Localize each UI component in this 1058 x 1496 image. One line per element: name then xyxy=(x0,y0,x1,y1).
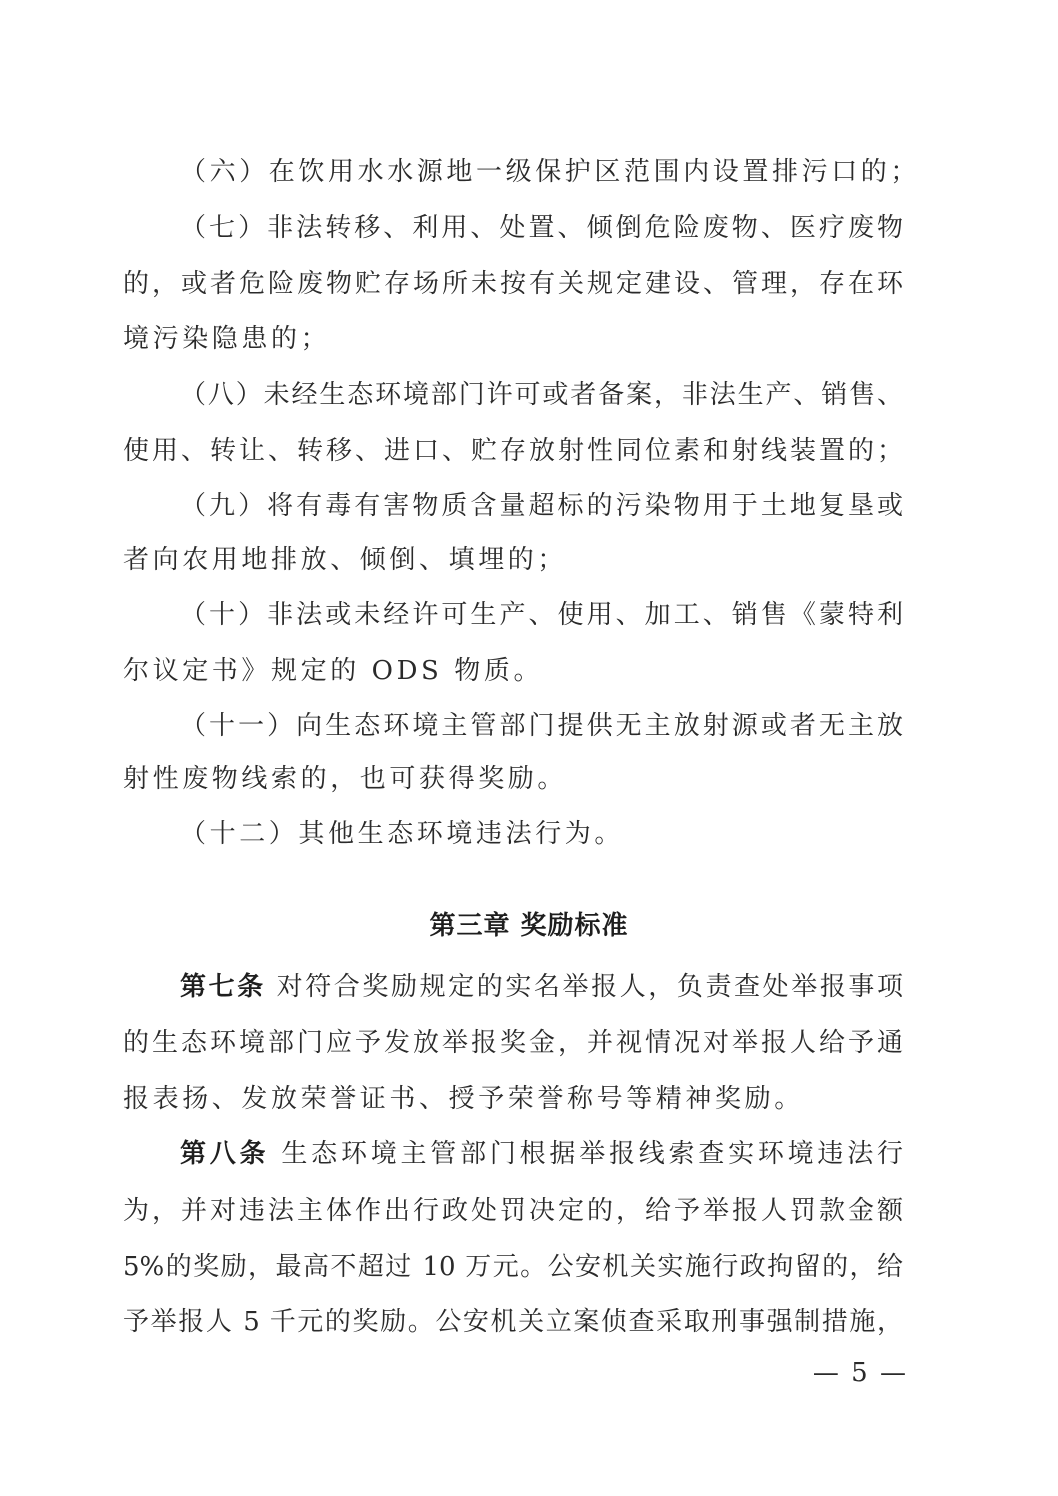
list-item-9-line-2: 者向农用地排放、倾倒、填埋的； xyxy=(123,543,903,577)
list-item-12: （十二）其他生态环境违法行为。 xyxy=(180,817,903,851)
list-item-11-line-2: 射性废物线索的，也可获得奖励。 xyxy=(123,762,903,796)
article-8-label: 第八条 xyxy=(180,1139,269,1169)
list-item-11-line-1: （十一）向生态环境主管部门提供无主放射源或者无主放 xyxy=(180,709,903,743)
list-item-10-line-1: （十）非法或未经许可生产、使用、加工、销售《蒙特利 xyxy=(180,598,903,632)
article-8-line-2: 为，并对违法主体作出行政处罚决定的，给予举报人罚款金额 xyxy=(123,1194,903,1228)
list-item-7-line-2: 的，或者危险废物贮存场所未按有关规定建设、管理，存在环 xyxy=(123,267,903,301)
page-number: — 5 — xyxy=(808,1356,908,1390)
article-8-line-1: 第八条 生态环境主管部门根据举报线索查实环境违法行 xyxy=(180,1137,903,1171)
article-7-first-line: 对符合奖励规定的实名举报人，负责查处举报事项 xyxy=(266,972,903,1002)
list-item-9-line-1: （九）将有毒有害物质含量超标的污染物用于土地复垦或 xyxy=(180,489,903,523)
list-item-7-line-1: （七）非法转移、利用、处置、倾倒危险废物、医疗废物 xyxy=(180,211,903,245)
list-item-8-line-1: （八）未经生态环境部门许可或者备案，非法生产、销售、 xyxy=(180,378,903,412)
article-8-line-4: 予举报人 5 千元的奖励。公安机关立案侦查采取刑事强制措施， xyxy=(123,1305,903,1339)
article-8-first-line: 生态环境主管部门根据举报线索查实环境违法行 xyxy=(269,1139,903,1169)
list-item-8-line-2: 使用、转让、转移、进口、贮存放射性同位素和射线装置的； xyxy=(123,434,903,468)
list-item-6: （六）在饮用水水源地一级保护区范围内设置排污口的； xyxy=(180,155,903,189)
article-7-label: 第七条 xyxy=(180,972,266,1002)
article-7-line-3: 报表扬、发放荣誉证书、授予荣誉称号等精神奖励。 xyxy=(123,1082,903,1116)
article-7-line-2: 的生态环境部门应予发放举报奖金，并视情况对举报人给予通 xyxy=(123,1026,903,1060)
list-item-7-line-3: 境污染隐患的； xyxy=(123,322,903,356)
list-item-10-line-2: 尔议定书》规定的 ODS 物质。 xyxy=(123,654,903,688)
article-8-line-3: 5%的奖励，最高不超过 10 万元。公安机关实施行政拘留的，给 xyxy=(123,1250,903,1284)
document-page: （六）在饮用水水源地一级保护区范围内设置排污口的； （七）非法转移、利用、处置、… xyxy=(0,0,1058,1496)
article-7-line-1: 第七条 对符合奖励规定的实名举报人，负责查处举报事项 xyxy=(180,970,903,1004)
chapter-heading: 第三章 奖励标准 xyxy=(0,909,1058,943)
